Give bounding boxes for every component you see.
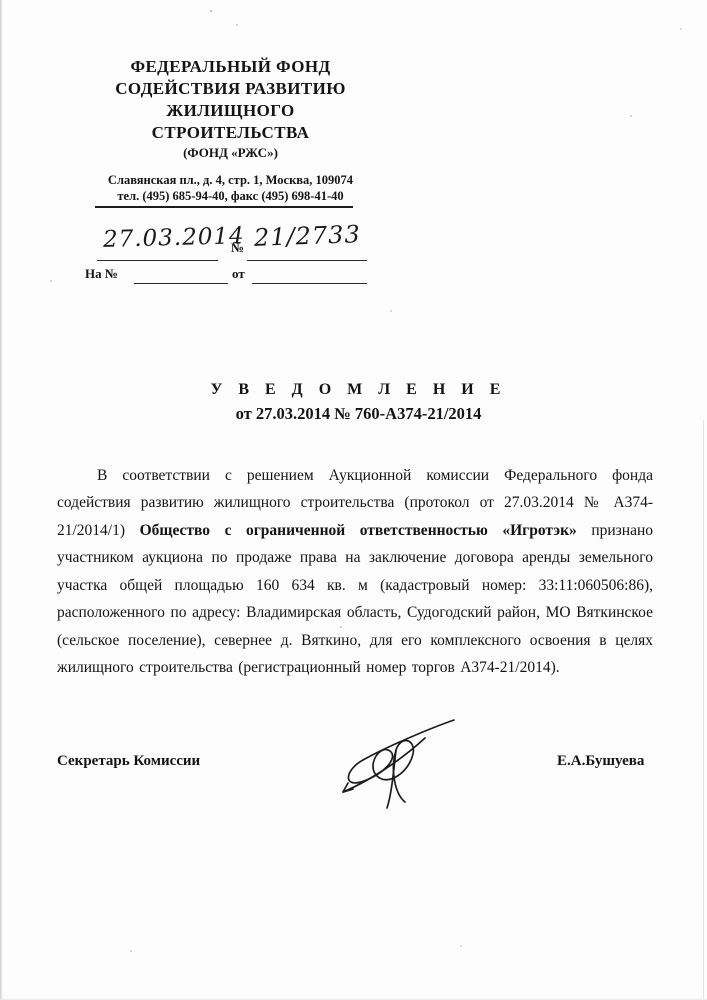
company-name-bold: Общество с ограниченной ответственностью… xyxy=(140,522,577,539)
handwritten-date: 27.03.2014 xyxy=(103,223,245,253)
org-address: Славянская пл., д. 4, стр. 1, Москва, 10… xyxy=(58,172,403,204)
signatory-name: Е.А.Бушуева xyxy=(557,753,644,770)
signatory-role: Секретарь Комиссии xyxy=(57,753,200,770)
incoming-number-underline xyxy=(134,283,228,284)
body-text-part2: признано участником аукциона по продаже … xyxy=(57,522,653,677)
number-sign-label: № xyxy=(231,240,244,256)
scan-edge-right xyxy=(703,420,704,1000)
scan-noise xyxy=(210,10,212,12)
handwritten-signature xyxy=(333,708,465,812)
document-title: У В Е Д О М Л Е Н И Е xyxy=(10,381,707,399)
org-phone-line: тел. (495) 685-94-40, факс (495) 698-41-… xyxy=(58,188,403,204)
org-name-line: ЖИЛИЩНОГО xyxy=(58,100,403,122)
org-name-line: ФЕДЕРАЛЬНЫЙ ФОНД xyxy=(58,56,403,78)
body-paragraph: В соответствии с решением Аукционной ком… xyxy=(57,462,653,682)
org-name-line: СТРОИТЕЛЬСТВА xyxy=(58,122,403,144)
handwritten-outgoing-number: 21/2733 xyxy=(254,220,362,252)
date-underline xyxy=(97,260,218,261)
incoming-number-label: На № xyxy=(85,266,118,282)
letterhead-divider xyxy=(95,206,353,208)
document-number-line: от 27.03.2014 № 760-А374-21/2014 xyxy=(10,404,707,424)
scan-edge-left xyxy=(0,0,3,1000)
incoming-date-underline xyxy=(252,283,367,284)
scanned-letter-page: ФЕДЕРАЛЬНЫЙ ФОНД СОДЕЙСТВИЯ РАЗВИТИЮ ЖИЛ… xyxy=(0,0,707,1000)
letterhead: ФЕДЕРАЛЬНЫЙ ФОНД СОДЕЙСТВИЯ РАЗВИТИЮ ЖИЛ… xyxy=(58,56,403,204)
org-name-line: СОДЕЙСТВИЯ РАЗВИТИЮ xyxy=(58,78,403,100)
org-short-name: (ФОНД «РЖС») xyxy=(58,145,403,161)
incoming-from-label: от xyxy=(232,266,245,282)
org-address-line: Славянская пл., д. 4, стр. 1, Москва, 10… xyxy=(58,172,403,188)
number-underline xyxy=(247,260,367,261)
